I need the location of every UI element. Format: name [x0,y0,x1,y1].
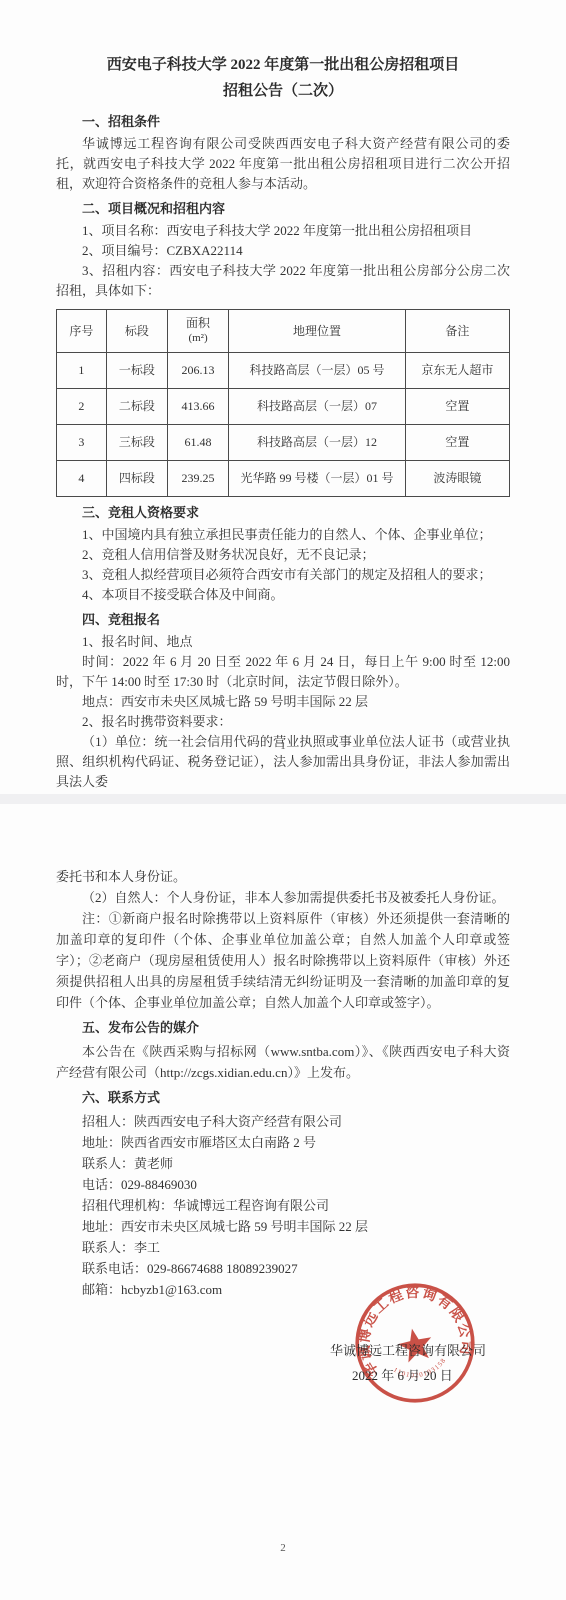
doc-title-line2: 招租公告（二次） [56,78,510,104]
cell-location: 科技路高层（一层）07 [229,389,406,425]
col-header-area-unit: (m²) [170,331,226,346]
page-number-2: 2 [0,1542,566,1554]
table-header-row: 序号 标段 面积 (m²) 地理位置 备注 [57,310,510,353]
title-block: 西安电子科技大学 2022 年度第一批出租公房招租项目 招租公告（二次） [56,52,510,104]
para-media: 本公告在《陕西采购与招标网（www.sntba.com）》、《陕西西安电子科大资… [56,1041,510,1083]
para-signup-time: 时间：2022 年 6 月 20 日至 2022 年 6 月 24 日，每日上午… [56,652,510,692]
section-heading-1: 一、招租条件 [56,112,510,132]
cell-no: 3 [57,425,107,461]
col-header-area: 面积 (m²) [167,310,228,353]
doc-title-line1: 西安电子科技大学 2022 年度第一批出租公房招租项目 [56,52,510,78]
lots-table: 序号 标段 面积 (m²) 地理位置 备注 1 一标段 206.13 科技路高层… [56,309,510,497]
contact-agency-address: 地址：西安市未央区凤城七路 59 号明丰国际 22 层 [56,1216,510,1237]
page-break [0,794,566,804]
para-natural-person: （2）自然人：个人身份证，非本人参加需提供委托书及被委托人身份证。 [56,887,510,908]
cell-area: 206.13 [167,353,228,389]
para-qualification-2: 2、竞租人信用信誉及财务状况良好，无不良记录； [56,545,510,565]
contact-lessor: 招租人：陕西西安电子科大资产经营有限公司 [56,1111,510,1132]
col-header-no: 序号 [57,310,107,353]
cell-area: 413.66 [167,389,228,425]
cell-location: 光华路 99 号楼（一层）01 号 [229,461,406,497]
cell-location: 科技路高层（一层）05 号 [229,353,406,389]
col-header-area-label: 面积 [186,316,210,330]
col-header-note: 备注 [405,310,509,353]
col-header-location: 地理位置 [229,310,406,353]
section-heading-6: 六、联系方式 [56,1087,510,1109]
para-project-name: 1、项目名称：西安电子科技大学 2022 年度第一批出租公房招租项目 [56,221,510,241]
para-signup-2: 2、报名时携带资料要求： [56,712,510,732]
cell-no: 4 [57,461,107,497]
table-row: 3 三标段 61.48 科技路高层（一层）12 空置 [57,425,510,461]
para-signup-1: 1、报名时间、地点 [56,632,510,652]
cell-lot: 三标段 [106,425,167,461]
cell-lot: 四标段 [106,461,167,497]
table-row: 4 四标段 239.25 光华路 99 号楼（一层）01 号 波涛眼镜 [57,461,510,497]
cell-area: 239.25 [167,461,228,497]
document-page-2: 委托书和本人身份证。 （2）自然人：个人身份证，非本人参加需提供委托书及被委托人… [0,804,566,1600]
cell-note: 空置 [405,425,509,461]
page-number-1: 1 [0,740,566,752]
cell-location: 科技路高层（一层）12 [229,425,406,461]
para-signup-place: 地点：西安市未央区凤城七路 59 号明丰国际 22 层 [56,692,510,712]
signature-company: 华诚博远工程咨询有限公司 [330,1340,486,1359]
signature-date: 2022 年 6 月 20 日 [352,1365,453,1384]
cell-area: 61.48 [167,425,228,461]
cell-note: 波涛眼镜 [405,461,509,497]
cell-no: 1 [57,353,107,389]
para-note: 注：①新商户报名时除携带以上资料原件（审核）外还须提供一套清晰的加盖印章的复印件… [56,908,510,1013]
para-intro: 华诚博远工程咨询有限公司受陕西西安电子科大资产经营有限公司的委托，就西安电子科技… [56,134,510,194]
contact-lessor-address: 地址：陕西省西安市雁塔区太白南路 2 号 [56,1132,510,1153]
col-header-lot: 标段 [106,310,167,353]
table-row: 2 二标段 413.66 科技路高层（一层）07 空置 [57,389,510,425]
para-qualification-1: 1、中国境内具有独立承担民事责任能力的自然人、个体、企事业单位； [56,525,510,545]
contact-agency-person: 联系人：李工 [56,1237,510,1258]
cell-lot: 二标段 [106,389,167,425]
cell-lot: 一标段 [106,353,167,389]
para-project-content: 3、招租内容：西安电子科技大学 2022 年度第一批出租公房部分公房二次招租，具… [56,261,510,301]
section-heading-2: 二、项目概况和招租内容 [56,199,510,219]
document-page-1: 西安电子科技大学 2022 年度第一批出租公房招租项目 招租公告（二次） 一、招… [0,0,566,794]
section-heading-3: 三、竞租人资格要求 [56,503,510,523]
para-project-number: 2、项目编号：CZBXA22114 [56,241,510,261]
contact-lessor-person: 联系人：黄老师 [56,1153,510,1174]
table-row: 1 一标段 206.13 科技路高层（一层）05 号 京东无人超市 [57,353,510,389]
contact-lessor-phone: 电话：029-88469030 [56,1174,510,1195]
cell-note: 空置 [405,389,509,425]
section-heading-4: 四、竞租报名 [56,610,510,630]
para-qualification-3: 3、竞租人拟经营项目必须符合西安市有关部门的规定及招租人的要求； [56,565,510,585]
para-qualification-4: 4、本项目不接受联合体及中间商。 [56,585,510,605]
cell-note: 京东无人超市 [405,353,509,389]
contact-agency: 招租代理机构：华诚博远工程咨询有限公司 [56,1195,510,1216]
cell-no: 2 [57,389,107,425]
section-heading-5: 五、发布公告的媒介 [56,1017,510,1039]
para-continuation: 委托书和本人身份证。 [56,866,510,887]
